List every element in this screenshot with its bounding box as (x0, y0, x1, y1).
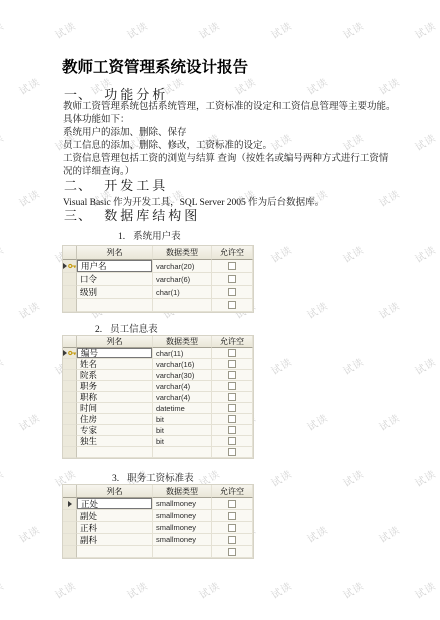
table-row: 职务varchar(4) (63, 381, 253, 392)
selected-cell-box: 用户名 (77, 260, 152, 272)
primary-key-icon (68, 263, 77, 269)
table-designer-grid-2: 列名数据类型允许空编号char(11)姓名varchar(16)院系varcha… (62, 335, 254, 459)
row-selector (63, 403, 77, 414)
row-selector (63, 436, 77, 447)
empty-row (63, 447, 253, 458)
paragraph-line-4: 员工信息的添加、删除、修改，工资标准的设定。 (63, 140, 403, 153)
empty-row (63, 546, 253, 558)
data-type-cell: char(11) (153, 348, 212, 359)
allow-null-checkbox (228, 371, 236, 379)
column-name-cell: 正处 (77, 498, 153, 510)
column-name-cell: 姓名 (77, 359, 153, 370)
allow-null-cell (212, 260, 253, 273)
document-page: 试读试读试读试读试读试读试读试读试读试读试读试读试读试读试读试读试读试读试读试读… (0, 0, 440, 620)
row-selector (63, 534, 77, 546)
allow-null-checkbox (228, 275, 236, 283)
selected-cell-box: 编号 (77, 348, 152, 358)
row-selector (63, 359, 77, 370)
column-name-header: 列名 (77, 246, 153, 260)
allow-null-cell (212, 403, 253, 414)
row-selector (63, 370, 77, 381)
column-name-cell: 时间 (77, 403, 153, 414)
table-row: 正科smallmoney (63, 522, 253, 534)
allow-null-cell (212, 273, 253, 286)
allow-null-cell (212, 546, 253, 558)
table-row: 用户名varchar(20) (63, 260, 253, 273)
section-heading-db-structure: 三、 数据库结构图 (64, 205, 200, 224)
data-type-cell (153, 299, 212, 312)
data-type-header: 数据类型 (153, 485, 212, 498)
allow-null-checkbox (228, 262, 236, 270)
row-selector (63, 522, 77, 534)
table-caption-number: 3. (112, 474, 119, 484)
column-name-cell: 专家 (77, 425, 153, 436)
data-type-cell: bit (153, 425, 212, 436)
allow-null-cell (212, 447, 253, 458)
row-selector (63, 546, 77, 558)
allow-null-checkbox (228, 301, 236, 309)
table-row: 副科smallmoney (63, 534, 253, 546)
allow-null-header: 允许空 (212, 336, 253, 348)
column-name-cell: 级别 (77, 286, 153, 299)
allow-null-cell (212, 359, 253, 370)
section-title: 数据库结构图 (104, 208, 200, 223)
column-header-row: 列名数据类型允许空 (63, 246, 253, 260)
row-selector-header-cell (63, 485, 77, 498)
row-selector (63, 425, 77, 436)
column-name-header: 列名 (77, 336, 153, 348)
allow-null-cell (212, 392, 253, 403)
data-type-header: 数据类型 (153, 246, 212, 260)
column-name-header: 列名 (77, 485, 153, 498)
allow-null-cell (212, 381, 253, 392)
paragraph-line-1: 教师工资管理系统包括系统管理，工资标准的设定和工资信息管理等主要功能。 (63, 101, 403, 114)
allow-null-checkbox (228, 382, 236, 390)
allow-null-checkbox (228, 437, 236, 445)
empty-row (63, 299, 253, 312)
column-name-cell: 正科 (77, 522, 153, 534)
table-row: 专家bit (63, 425, 253, 436)
data-type-cell (153, 447, 212, 458)
allow-null-checkbox (228, 448, 236, 456)
row-selector (63, 414, 77, 425)
allow-null-checkbox (228, 500, 236, 508)
page-title: 教师工资管理系统设计报告 (62, 55, 248, 77)
current-row-arrow-icon (63, 350, 67, 356)
data-type-cell: smallmoney (153, 498, 212, 510)
data-type-cell: datetime (153, 403, 212, 414)
column-name-cell: 职务 (77, 381, 153, 392)
row-selector (63, 498, 77, 510)
column-name-cell: 用户名 (77, 260, 153, 273)
allow-null-checkbox (228, 524, 236, 532)
allow-null-checkbox (228, 349, 236, 357)
table-row: 副处smallmoney (63, 510, 253, 522)
row-selector (63, 381, 77, 392)
allow-null-checkbox (228, 393, 236, 401)
data-type-cell: varchar(30) (153, 370, 212, 381)
row-selector-header-cell (63, 246, 77, 260)
allow-null-cell (212, 299, 253, 312)
primary-key-icon (68, 350, 77, 356)
data-type-cell: bit (153, 414, 212, 425)
table-caption-text: 职务工资标准表 (127, 474, 194, 484)
allow-null-checkbox (228, 288, 236, 296)
table-row: 独生bit (63, 436, 253, 447)
column-name-cell: 职称 (77, 392, 153, 403)
table-caption-1: 1.系统用户表 (118, 228, 181, 242)
row-selector (63, 348, 77, 359)
column-name-cell: 口令 (77, 273, 153, 286)
row-selector (63, 447, 77, 458)
column-header-row: 列名数据类型允许空 (63, 336, 253, 348)
column-name-cell: 副科 (77, 534, 153, 546)
allow-null-checkbox (228, 426, 236, 434)
allow-null-cell (212, 498, 253, 510)
table-row: 口令varchar(6) (63, 273, 253, 286)
row-selector (63, 299, 77, 312)
current-row-arrow-icon (63, 263, 67, 269)
column-name-cell (77, 299, 153, 312)
row-selector (63, 260, 77, 273)
column-name-cell: 院系 (77, 370, 153, 381)
data-type-cell: varchar(4) (153, 392, 212, 403)
allow-null-cell (212, 414, 253, 425)
allow-null-cell (212, 370, 253, 381)
document-content: 教师工资管理系统设计报告 一、 功能分析 教师工资管理系统包括系统管理，工资标准… (0, 0, 440, 620)
data-type-cell: varchar(4) (153, 381, 212, 392)
section-heading-dev-tools: 二、 开发工具 (64, 175, 168, 194)
section-number: 三、 (64, 208, 92, 223)
column-header-row: 列名数据类型允许空 (63, 485, 253, 498)
allow-null-cell (212, 436, 253, 447)
row-selector-header-cell (63, 336, 77, 348)
table-row: 姓名varchar(16) (63, 359, 253, 370)
table-caption-number: 1. (118, 232, 125, 242)
data-type-cell: smallmoney (153, 510, 212, 522)
data-type-cell: smallmoney (153, 534, 212, 546)
allow-null-cell (212, 534, 253, 546)
row-selector (63, 510, 77, 522)
allow-null-checkbox (228, 548, 236, 556)
row-selector (63, 392, 77, 403)
current-row-arrow-icon (68, 501, 72, 507)
section-number: 一、 (64, 87, 92, 102)
section-title: 功能分析 (104, 87, 168, 102)
selected-cell-box: 正处 (77, 498, 152, 509)
table-caption-number: 2. (95, 325, 102, 335)
function-analysis-paragraph: 教师工资管理系统包括系统管理，工资标准的设定和工资信息管理等主要功能。具体功能如… (63, 101, 403, 179)
allow-null-cell (212, 510, 253, 522)
column-name-cell: 独生 (77, 436, 153, 447)
table-row: 时间datetime (63, 403, 253, 414)
table-row: 住房bit (63, 414, 253, 425)
section-number: 二、 (64, 178, 92, 193)
data-type-header: 数据类型 (153, 336, 212, 348)
table-row: 编号char(11) (63, 348, 253, 359)
table-caption-text: 系统用户表 (133, 232, 181, 242)
allow-null-cell (212, 522, 253, 534)
column-name-cell: 副处 (77, 510, 153, 522)
data-type-cell: varchar(20) (153, 260, 212, 273)
allow-null-checkbox (228, 360, 236, 368)
table-row: 院系varchar(30) (63, 370, 253, 381)
allow-null-cell (212, 425, 253, 436)
allow-null-checkbox (228, 536, 236, 544)
table-caption-2: 2.员工信息表 (95, 321, 158, 335)
table-row: 职称varchar(4) (63, 392, 253, 403)
table-row: 级别char(1) (63, 286, 253, 299)
data-type-cell: char(1) (153, 286, 212, 299)
allow-null-header: 允许空 (212, 246, 253, 260)
allow-null-checkbox (228, 512, 236, 520)
column-name-cell (77, 546, 153, 558)
allow-null-cell (212, 348, 253, 359)
allow-null-checkbox (228, 404, 236, 412)
paragraph-line-3: 系统用户的添加、删除、保存 (63, 127, 403, 140)
allow-null-header: 允许空 (212, 485, 253, 498)
column-name-cell (77, 447, 153, 458)
data-type-cell: varchar(16) (153, 359, 212, 370)
section-title: 开发工具 (104, 178, 168, 193)
table-caption-3: 3.职务工资标准表 (112, 470, 194, 484)
paragraph-line-5: 工资信息管理包括工资的浏览与结算 查询（按姓名或编号两种方式进行工资情 (63, 153, 403, 166)
data-type-cell: varchar(6) (153, 273, 212, 286)
allow-null-checkbox (228, 415, 236, 423)
data-type-cell (153, 546, 212, 558)
table-designer-grid-1: 列名数据类型允许空用户名varchar(20)口令varchar(6)级别cha… (62, 245, 254, 313)
data-type-cell: bit (153, 436, 212, 447)
row-selector (63, 286, 77, 299)
paragraph-line-2: 具体功能如下： (63, 114, 403, 127)
data-type-cell: smallmoney (153, 522, 212, 534)
column-name-cell: 住房 (77, 414, 153, 425)
table-row: 正处smallmoney (63, 498, 253, 510)
table-caption-text: 员工信息表 (110, 325, 158, 335)
column-name-cell: 编号 (77, 348, 153, 359)
row-selector (63, 273, 77, 286)
allow-null-cell (212, 286, 253, 299)
table-designer-grid-3: 列名数据类型允许空正处smallmoney副处smallmoney正科small… (62, 484, 254, 559)
